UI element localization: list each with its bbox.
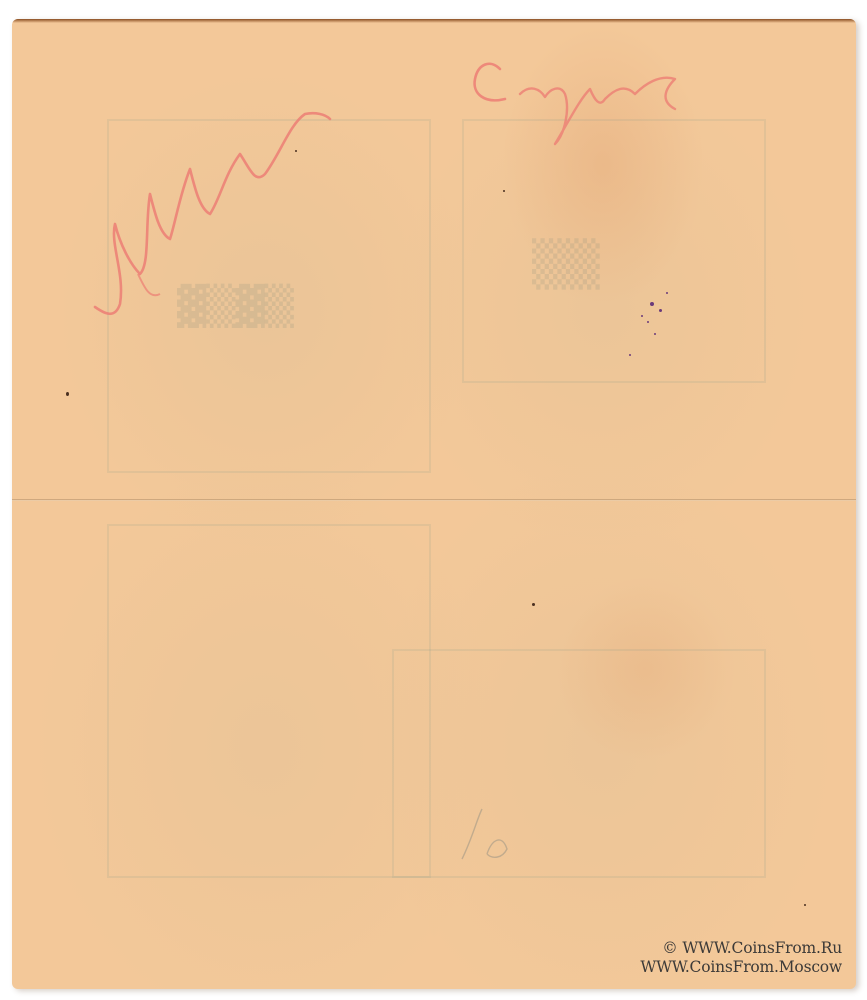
handwritten-annotation-left (90, 74, 370, 334)
sheet-top-edge (12, 19, 856, 23)
ink-speck (650, 302, 654, 306)
watermark-line-2: WWW.CoinsFrom.Moscow (640, 958, 842, 977)
ink-speck (647, 321, 649, 323)
show-through-print: ▓▒▓▒ (177, 284, 294, 328)
show-through-print: ▒▒ (532, 239, 600, 290)
show-through-frame-top-right (462, 119, 766, 383)
watermark-line-1: © WWW.CoinsFrom.Ru (640, 939, 842, 958)
fold-crease (12, 499, 856, 501)
ink-speck (654, 333, 656, 335)
paper-speck (295, 150, 297, 152)
paper-speck (66, 392, 69, 396)
ink-speck (666, 292, 668, 294)
ink-speck (629, 354, 631, 356)
show-through-frame-bottom-right (392, 649, 766, 878)
watermark: © WWW.CoinsFrom.Ru WWW.CoinsFrom.Moscow (640, 939, 842, 977)
show-through-frame-top-left (107, 119, 431, 473)
paper-speck (503, 190, 505, 192)
paper-sheet: ▓▒▓▒ ▒▒ © WWW.CoinsFrom.Ru WWW.CoinsFrom… (12, 19, 856, 989)
show-through-frame-bottom-left (107, 524, 431, 878)
handwritten-annotation-right (460, 39, 720, 159)
paper-speck (532, 603, 535, 606)
ink-speck (659, 309, 662, 312)
ink-speck (641, 315, 643, 317)
faint-pencil-mark (452, 779, 572, 879)
paper-speck (804, 904, 806, 906)
